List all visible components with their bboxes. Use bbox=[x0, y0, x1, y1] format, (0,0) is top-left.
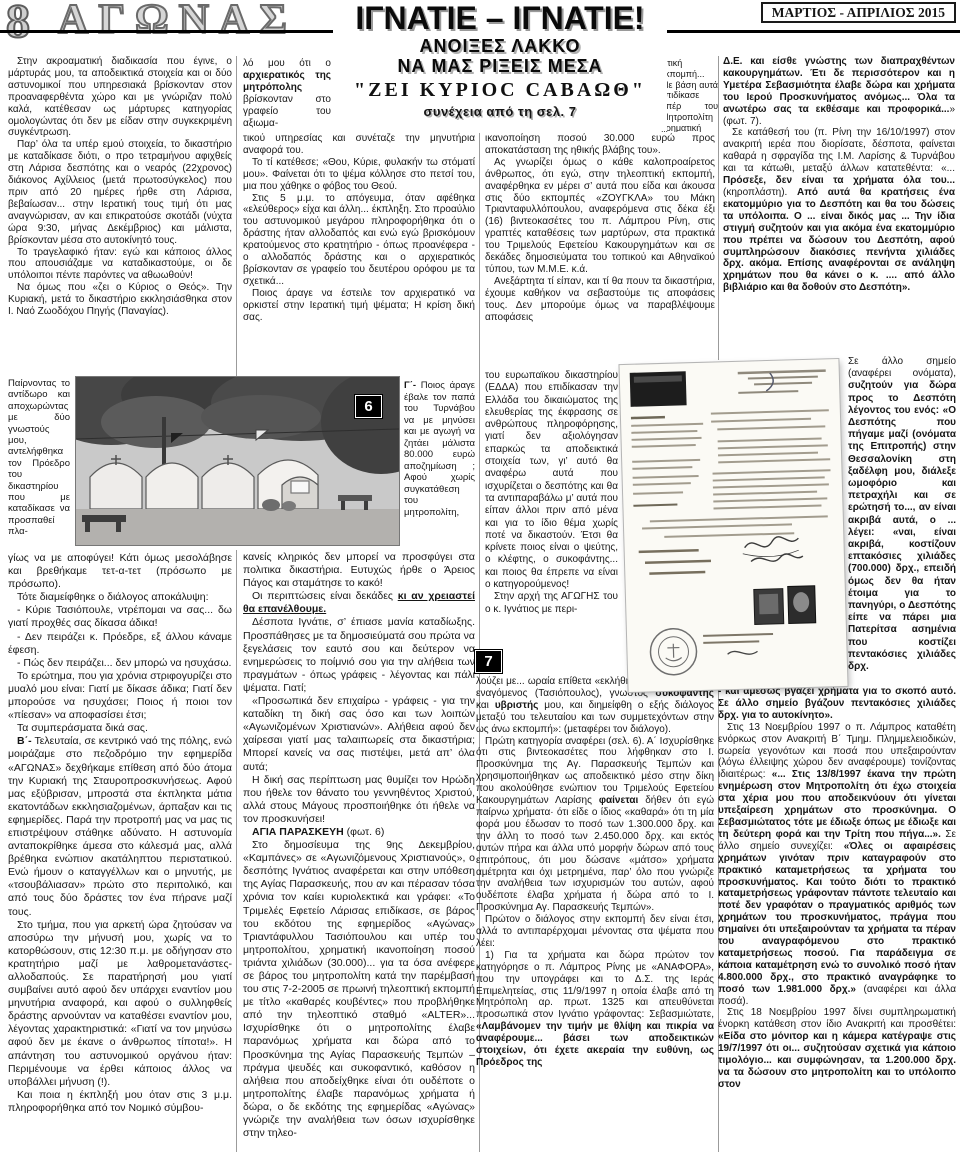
paragraph: - Δεν πειράζει κ. Πρόεδρε, εξ άλλου κάνα… bbox=[8, 631, 232, 657]
paragraph: Γ΄- Ποιος άραγε έβαλε τον παπά του Τυρνά… bbox=[404, 380, 475, 518]
article-col4-bottom: - και αμέσως βγάζει χρήματα για το σκοπό… bbox=[718, 686, 956, 1154]
paragraph: Στην αρχή της ΑΓΩΓΗΣ του ο κ. Ιγνάτιος μ… bbox=[485, 591, 618, 616]
headline-quote: "ΖΕΙ ΚΥΡΙΟC CΑΒΑΩΘ" bbox=[333, 79, 667, 101]
paragraph: Στις 18 Νοεμβρίου 1997 δίνει συμπληρωματ… bbox=[718, 1007, 956, 1090]
paragraph: Η δική σας περίπτωση μας θυμίζει τον Ηρώ… bbox=[243, 774, 475, 826]
paragraph: του ευρωπαϊκου δικαστηρίου (ΕΔΔΑ) που επ… bbox=[485, 370, 618, 591]
photo-agia-paraskevi-courtyard bbox=[75, 376, 400, 546]
document-typed-lines bbox=[631, 409, 832, 538]
paragraph: Ας γνωρίζει όμως ο κάθε καλοπροαίρετος ά… bbox=[485, 157, 715, 276]
paragraph: Στις 5 μ.μ. το απόγευμα, όταν αφέθηκα «ε… bbox=[243, 193, 475, 288]
article-col4-top: Δ.Ε. και είσθε γνώστης των διαπραχθέντων… bbox=[723, 56, 955, 356]
paragraph: Β΄- Τελευταία, σε κεντρικό ναό της πόλης… bbox=[8, 735, 232, 918]
paragraph: Στην ακροαματική διαδικασία που έγινε, ο… bbox=[8, 56, 232, 139]
paragraph: Πρώτον ο διάλογος στην εκπομπή δεν είναι… bbox=[476, 914, 714, 950]
paragraph: κανείς κληρικός δεν μπορεί να προσφύγει … bbox=[243, 551, 475, 590]
document-seal-caption bbox=[703, 633, 774, 656]
article-col4-doc-side: Σε άλλο σημείο (αναφέρει ονόματα), συζητ… bbox=[848, 356, 956, 684]
article-col1-top: Στην ακροαματική διαδικασία που έγινε, ο… bbox=[8, 56, 232, 376]
paragraph: - και αμέσως βγάζει χρήματα για το σκοπό… bbox=[718, 686, 956, 722]
paragraph: Παίρνοντας το αντίδωρο και αποχωρώντας μ… bbox=[8, 378, 70, 538]
paragraph: ΑΓΙΑ ΠΑΡΑΣΚΕΥΗ (φωτ. 6) bbox=[243, 826, 475, 839]
paragraph: Οι περιπτώσεις είναι δεκάδες κι αν χρεια… bbox=[243, 590, 475, 616]
page-number: 8 bbox=[6, 0, 30, 49]
newspaper-logo: ΑΓΩΝΑΣ bbox=[58, 0, 297, 44]
article-col1-photo-wrap: Παίρνοντας το αντίδωρο και αποχωρώντας μ… bbox=[8, 378, 70, 550]
continued-from-note: συνέχεια από τη σελ. 7 bbox=[423, 104, 576, 119]
column-divider bbox=[718, 56, 719, 360]
paragraph: - Κύριε Τασιόπουλε, ντρέπομαι να σας... … bbox=[8, 604, 232, 630]
paragraph: Σε άλλο σημείο (αναφέρει ονόματα), συζητ… bbox=[848, 356, 956, 673]
paragraph: Και ποια η έκπληξή μου όταν στις 3 μ.μ. … bbox=[8, 1089, 232, 1115]
paragraph: - Πώς δεν πειράζει... δεν μπορώ να ησυχά… bbox=[8, 657, 232, 670]
column-divider bbox=[236, 56, 237, 376]
issue-date: ΜΑΡΤΙΟΣ - ΑΠΡΙΛΙΟΣ 2015 bbox=[761, 2, 956, 23]
paragraph: γίως να με αποφύγει! Κάτι όμως μεσολάβησ… bbox=[8, 552, 232, 591]
headline-block: ΙΓΝΑΤΙΕ – ΙΓΝΑΤΙΕ! ΑΝΟΙΞΕΣ ΛΑΚΚΟ ΝΑ ΜΑΣ … bbox=[333, 0, 667, 131]
paragraph: Το ερώτημα, που για χρόνια στριφογυρίζει… bbox=[8, 670, 232, 722]
article-col3-narrow-top: πτική εκπομπή... Με βάση αυτά επιδίκασε … bbox=[661, 58, 718, 132]
article-col3-lower: λούζει με... ωραία επίθετα «εκλήθη να πα… bbox=[476, 676, 714, 1154]
article-col3-upper: ικανοποίηση ποσού 30.000 ευρώ προς αποκα… bbox=[485, 133, 715, 367]
headline-subtitle-2: ΝΑ ΜΑΣ ΡΙΞΕΙΣ ΜΕΣΑ bbox=[333, 56, 667, 76]
paragraph: Το τί κατέθεσε; «Θου, Κύριε, φυλακήν τω … bbox=[243, 157, 475, 193]
document-handwritten-mark bbox=[766, 373, 774, 391]
paragraph: Δ.Ε. και είσθε γνώστης των διαπραχθέντων… bbox=[723, 56, 955, 127]
paragraph: Τότε διαμείφθηκε ο διάλογος αποκάλυψη: bbox=[8, 591, 232, 604]
document-number-badge: 7 bbox=[475, 650, 502, 673]
document-letterhead bbox=[738, 369, 827, 393]
headline-title: ΙΓΝΑΤΙΕ – ΙΓΝΑΤΙΕ! bbox=[333, 0, 667, 36]
paragraph: 1) Για τα χρήματα και δώρα πρώτον τον κα… bbox=[476, 950, 714, 1069]
paragraph: Πρώτη κατηγορία αναφέρει (σελ. 6). Α΄ Ισ… bbox=[476, 736, 714, 915]
paragraph: λό μου ότι ο αρχιερατικός της μητρόπολης… bbox=[243, 58, 331, 129]
article-col2-upper: τικού υπηρεσίας και συνέταζε την μηνυτήρ… bbox=[243, 133, 475, 375]
article-col1-bottom: γίως να με αποφύγει! Κάτι όμως μεσολάβησ… bbox=[8, 552, 232, 1154]
paragraph: Δέσποτα Ιγνάτιε, σ’ έπιασε μανία καταδίω… bbox=[243, 616, 475, 695]
paragraph: Τα συμπεράσματα δικά σας. bbox=[8, 722, 232, 735]
document-round-seal bbox=[650, 628, 697, 675]
paragraph: ικανοποίηση ποσού 30.000 ευρώ προς αποκα… bbox=[485, 133, 715, 157]
paragraph: Παρ’ όλα τα υπέρ εμού στοιχεία, το δικασ… bbox=[8, 139, 232, 246]
document-illustration bbox=[619, 359, 847, 692]
paragraph: «Προσωπικά δεν επιχαίρω - γράφεις - για … bbox=[243, 695, 475, 774]
paragraph: Στο τμήμα, που για αρκετή ώρα ζητούσαν ν… bbox=[8, 919, 232, 1089]
article-col2-lower: κανείς κληρικός δεν μπορεί να προσφύγει … bbox=[243, 551, 475, 1152]
headline-subtitle-1: ΑΝΟΙΞΕΣ ΛΑΚΚΟ bbox=[333, 36, 667, 56]
paragraph: Ποιος άραγε να έστειλε τον αρχιερατικό ν… bbox=[243, 288, 475, 324]
paragraph: Το τραγελαφικό ήταν: εγώ και κάποιος άλλ… bbox=[8, 247, 232, 283]
paragraph: τικού υπηρεσίας και συνέταζε την μηνυτήρ… bbox=[243, 133, 475, 157]
document-stamps bbox=[754, 586, 816, 625]
article-col2-photo-side: Γ΄- Ποιος άραγε έβαλε τον παπά του Τυρνά… bbox=[404, 380, 475, 546]
paragraph: Στο δημοσίευμα της 9ης Δεκεμβρίου, «Καμπ… bbox=[243, 839, 475, 1140]
document-numbered-list bbox=[639, 549, 712, 576]
article-col2-narrow-top: λό μου ότι ο αρχιερατικός της μητρόπολης… bbox=[243, 58, 331, 132]
paragraph: Να όμως που «ζει ο Κύριος ο Θεός». Την Κ… bbox=[8, 282, 232, 318]
photo-number-badge: 6 bbox=[355, 395, 382, 418]
paragraph: Σε κατάθεσή του (π. Ρίνη την 16/10/1997)… bbox=[723, 127, 955, 294]
document-signature bbox=[742, 536, 803, 562]
paragraph: Ανεξάρτητα τί είπαν, και τί θα πουν τα δ… bbox=[485, 276, 715, 324]
paragraph: Στις 13 Νοεμβρίου 1997 ο π. Λάμπρος κατα… bbox=[718, 722, 956, 1008]
newspaper-page: 8 ΑΓΩΝΑΣ ΜΑΡΤΙΟΣ - ΑΠΡΙΛΙΟΣ 2015 ΙΓΝΑΤΙΕ… bbox=[0, 0, 960, 1157]
photo-illustration bbox=[76, 377, 399, 545]
column-divider bbox=[236, 550, 237, 1152]
photo-ground bbox=[76, 509, 399, 545]
paragraph: πτική εκπομπή... Με βάση αυτά επιδίκασε … bbox=[661, 58, 718, 132]
document-scan-deposition bbox=[619, 359, 847, 692]
article-col3-doc-side: του ευρωπαϊκου δικαστηρίου (ΕΔΔΑ) που επ… bbox=[485, 370, 618, 672]
